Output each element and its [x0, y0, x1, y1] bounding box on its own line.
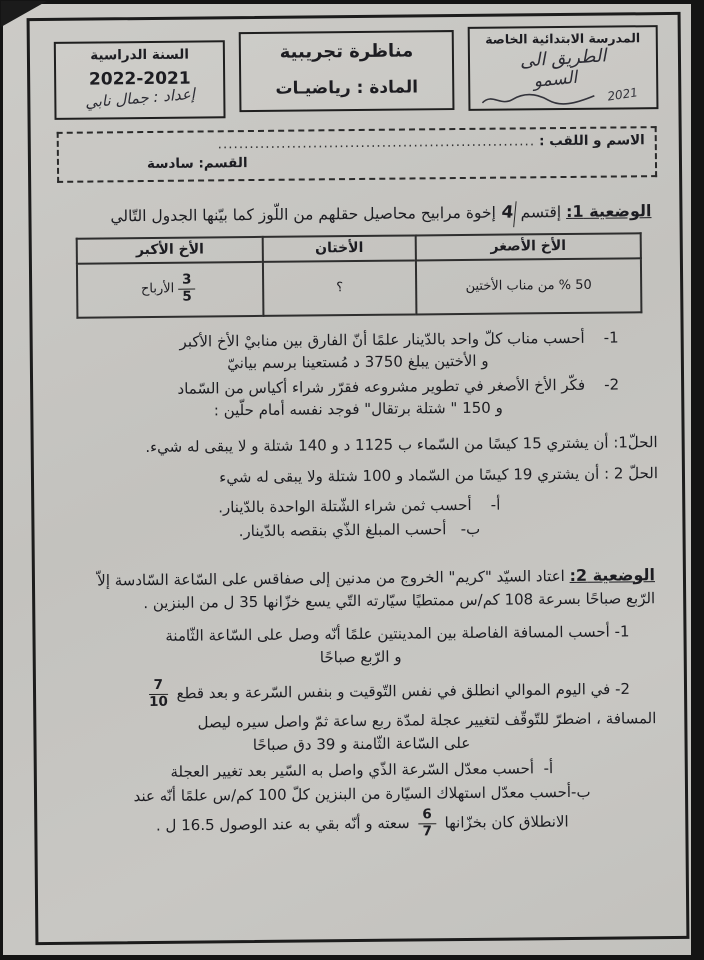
older-share-cell: 35الأرباح — [77, 261, 264, 317]
school-year-cell: السنة الدراسية 2022-2021 إعداد : جمال نا… — [54, 40, 226, 120]
younger-share-cell: 50 % من مناب الأختين — [416, 258, 642, 314]
problem1-question1-line2: و الأختين يبلغ 3750 د مُستعينا برسم بيان… — [63, 348, 653, 376]
handwritten-number-4: 4 — [500, 200, 517, 227]
problem1-title: الوضعية 1: — [566, 201, 652, 221]
header-row: المدرسة الابتدائية الخاصة الطريق الى الس… — [54, 25, 659, 120]
table-data-row: 50 % من مناب الأختين ؟ 35الأرباح — [77, 258, 642, 317]
problem2-subb-before: الانطلاق كان بخزّانها — [445, 813, 569, 832]
problem1-intro-before: إقتسم — [521, 203, 562, 221]
problem1-title-line: الوضعية 1: إقتسم 4 إخوة مرابيح محاصيل حق… — [61, 199, 651, 230]
student-info-box: الاسم و اللقب : ........................… — [57, 126, 657, 183]
problem2-question2-line1: 2- في اليوم الموالي انطلق في نفس التّوقي… — [66, 673, 630, 710]
sisters-share-cell: ؟ — [263, 260, 416, 315]
header-younger-brother: الأخ الأصغر — [415, 233, 641, 260]
problem1-question2-line2: و 150 " شتلة برتقال" فوجد نفسه أمام حلّي… — [63, 395, 653, 423]
page-frame: المدرسة الابتدائية الخاصة الطريق الى الس… — [27, 12, 690, 945]
signature-year: 2021 — [607, 85, 639, 103]
problem2-title: الوضعية 2: — [569, 565, 655, 585]
exam-title-cell: مناظرة تجريبية المادة : رياضيـات — [239, 30, 454, 112]
shares-table: الأخ الأصغر الأختان الأخ الأكبر 50 % من … — [76, 232, 643, 318]
problem1-sub-a: أ- أحسب ثمن شراء الشّتلة الواحدة بالدّين… — [64, 492, 654, 520]
fraction-3-5: 35 — [178, 273, 196, 305]
class-label: القسم: سادسة — [69, 151, 645, 173]
problem2-sub-b-line2: الانطلاق كان بخزّانها 67 سعته و أنّه بقي… — [67, 805, 657, 843]
fraction-6-7: 67 — [418, 807, 436, 839]
exam-title: مناظرة تجريبية — [245, 40, 448, 63]
school-header-cell: المدرسة الابتدائية الخاصة الطريق الى الس… — [467, 25, 658, 111]
problem2-question1-line2: و الرّبع صباحًا — [66, 643, 656, 671]
problem1-solution1: الحلّ1: أن يشتري 15 كيسًا من السّماء ب 1… — [64, 431, 658, 459]
problem2-intro: الوضعية 2: اعتاد السيّد "كريم" الخروج من… — [65, 563, 655, 615]
problem2-sub-b-line1: ب-أحسب معدّل استهلاك السيّارة من البنزين… — [67, 780, 657, 808]
signature-scribble: 2021 — [478, 90, 598, 109]
problem2-question2-line3: على السّاعة الثّامنة و 39 دق صباحًا — [66, 730, 656, 758]
exam-page: المدرسة الابتدائية الخاصة الطريق الى الس… — [3, 4, 691, 955]
header-two-sisters: الأختان — [263, 235, 416, 261]
problem1-solution2: الحلّ 2 : أن يشتري 19 كيسًا من السّماد و… — [64, 462, 658, 490]
subject-label: المادة : رياضيـات — [246, 77, 449, 99]
exam-body: الوضعية 1: إقتسم 4 إخوة مرابيح محاصيل حق… — [55, 199, 665, 843]
header-older-brother: الأخ الأكبر — [77, 236, 263, 263]
name-dotted-line: ........................................… — [218, 133, 535, 152]
fraction-7-10: 710 — [149, 678, 168, 710]
school-year-label: السنة الدراسية — [60, 46, 219, 64]
problem2-subb-after: سعته و أنّه بقي به عند الوصول 16.5 ل . — [156, 814, 410, 834]
student-name-row: الاسم و اللقب : ........................… — [69, 132, 645, 154]
older-share-label: الأرباح — [141, 282, 174, 297]
name-label: الاسم و اللقب : — [539, 132, 645, 149]
problem1-sub-b: ب- أحسب المبلغ الذّي بنقصه بالدّينار. — [64, 516, 654, 544]
problem1-intro-after: إخوة مرابيح محاصيل حقلهم من اللّوز كما ب… — [110, 204, 496, 226]
problem2-q2-text: 2- في اليوم الموالي انطلق في نفس التّوقي… — [176, 680, 630, 702]
